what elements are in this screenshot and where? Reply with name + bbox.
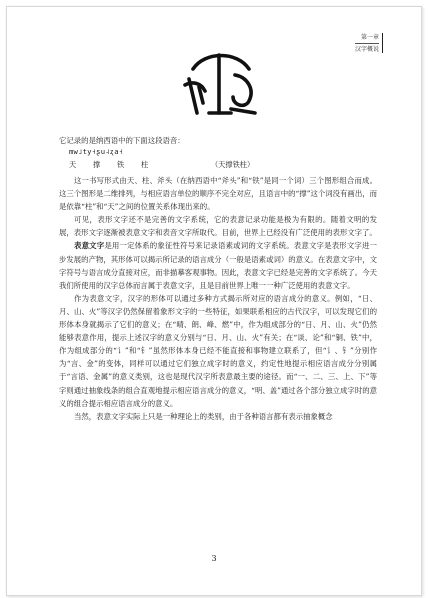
paragraph: 当然，表意文字实际上只是一种理论上的类别，由于各种语言都有表示抽象概念 (59, 410, 377, 423)
gloss-word: 天 (69, 160, 93, 170)
body-text: 这一书写形式由天、柱、斧头（在纳西语中“斧头”和“铁”是同一个词）三个图形组合而… (59, 174, 377, 423)
gloss-line: 天撑铁柱（天撑铁柱） (69, 160, 369, 170)
running-head-bar (382, 33, 383, 53)
paragraph: 表意文字是用一定体系的象征性符号来记录语素或词的文字系统。表意文字是表形文字进一… (59, 239, 377, 291)
document-page: 第一章 汉字概说 它记录的是纳西语中的下面这段语音： mw˩ty˧ʂu˨ʐa˧ … (6, 6, 422, 596)
gloss-word: 铁 (117, 160, 141, 170)
running-head-chapter: 第一章 (355, 33, 379, 44)
paragraph: 可见，表形文字还不是完善的文字系统，它的表意记录功能是极为有限的。随着文明的发展… (59, 213, 377, 239)
paragraph-text: 作为表意文字，汉字的形体可以通过多种方式揭示所对应的语言成分的意义。例如，“日、… (59, 294, 377, 408)
paragraph: 作为表意文字，汉字的形体可以通过多种方式揭示所对应的语言成分的意义。例如，“日、… (59, 292, 377, 410)
running-head: 第一章 汉字概说 (355, 33, 383, 54)
paragraph-text: 可见，表形文字还不是完善的文字系统，它的表意记录功能是极为有限的。随着文明的发展… (59, 215, 377, 237)
gloss-note: （天撑铁柱） (211, 160, 254, 170)
ancient-pictograph-glyph-icon (175, 47, 267, 119)
term-bold: 表意文字 (74, 241, 104, 250)
phonetic-transcription: mw˩ty˧ʂu˨ʐa˧ (69, 147, 123, 156)
paragraph-text: 是用一定体系的象征性符号来记录语素或词的文字系统。表意文字是表形文字进一步发展的… (59, 241, 377, 289)
paragraph-text: 这一书写形式由天、柱、斧头（在纳西语中“斧头”和“铁”是同一个词）三个图形组合而… (59, 176, 377, 211)
paragraph-text: 当然，表意文字实际上只是一种理论上的类别，由于各种语言都有表示抽象概念 (74, 412, 333, 421)
gloss-word: 柱 (141, 160, 165, 170)
intro-line: 它记录的是纳西语中的下面这段语音： (59, 134, 377, 147)
gloss-word: 撑 (93, 160, 117, 170)
running-head-section: 汉字概说 (355, 45, 379, 54)
page-number: 3 (7, 554, 421, 563)
paragraph: 这一书写形式由天、柱、斧头（在纳西语中“斧头”和“铁”是同一个词）三个图形组合而… (59, 174, 377, 213)
